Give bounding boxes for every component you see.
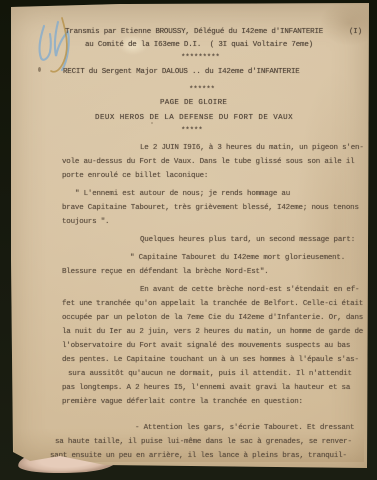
body-line: Blessure reçue en défendant la brèche No… [62,265,373,279]
document-subtitle: DEUX HEROS DE LA DEFENSE DU FORT DE VAUX [95,112,373,125]
paper-sheet: Transmis par Etienne BROUSSY, Délégué du… [0,0,377,480]
recit-line: RECIT du Sergent Major DALOUS .. du I42e… [63,66,373,79]
body-line: l'observatoire du Fort avait signalé des… [62,339,373,353]
body-line: sura aussitôt qu'aucun ne dormait, puis … [68,367,373,381]
document-header: Transmis par Etienne BROUSSY, Délégué du… [61,26,373,138]
body-line: brave Capitaine Tabouret, très grièvemen… [62,201,373,215]
body-line: fet une tranchée qu'on appelait la tranc… [62,297,373,311]
body-line: pas longtemps. A 2 heures I5, l'ennemi a… [62,381,373,395]
body-line: En avant de cette brèche nord-est s'éten… [140,283,373,297]
body-line: - Attention les gars, s'écrie Tabouret. … [135,421,373,435]
body-line: Quelques heures plus tard, un second mes… [140,233,373,247]
body-line: sant ensuite un peu en arrière, il les l… [50,449,373,463]
scanned-document-page: Transmis par Etienne BROUSSY, Délégué du… [0,0,377,480]
body-line: toujours ". [62,215,373,229]
body-line: première vague déferlait contre la tranc… [62,395,373,409]
separator-asterisks: ********* [181,52,373,65]
body-line: des pentes. Le Capitaine touchant un à u… [62,353,373,367]
body-line: porte enroulé ce billet laconique: [62,169,373,183]
body-line: " L'ennemi est autour de nous; je rends … [75,187,373,201]
transmitted-by-text: Transmis par Etienne BROUSSY, Délégué du… [65,28,323,36]
transmitted-by-line: Transmis par Etienne BROUSSY, Délégué du… [65,26,373,39]
body-line: occupée par un peloton de la 7eme Cie du… [62,311,373,325]
separator-asterisks: ****** [189,84,373,97]
body-line: Le 2 JUIN I9I6, à 3 heures du matin, un … [140,141,373,155]
body-line: " Capitaine Tabouret du I42eme mort glor… [130,251,373,265]
document-title: PAGE DE GLOIRE [160,97,373,110]
page-number: (I) [349,26,362,39]
typed-text: Transmis par Etienne BROUSSY, Délégué du… [0,0,377,480]
body-text: Le 2 JUIN I9I6, à 3 heures du matin, un … [61,137,373,463]
body-line: la nuit du Ier au 2 juin, vers 2 heures … [62,325,373,339]
body-line: sa haute taille, il puise lui-même dans … [55,435,373,449]
body-line: vole au-dessus du Fort de Vaux. Dans le … [62,155,373,169]
committee-line: au Comité de la I63eme D.I. ( 3I quai Vo… [85,39,373,52]
